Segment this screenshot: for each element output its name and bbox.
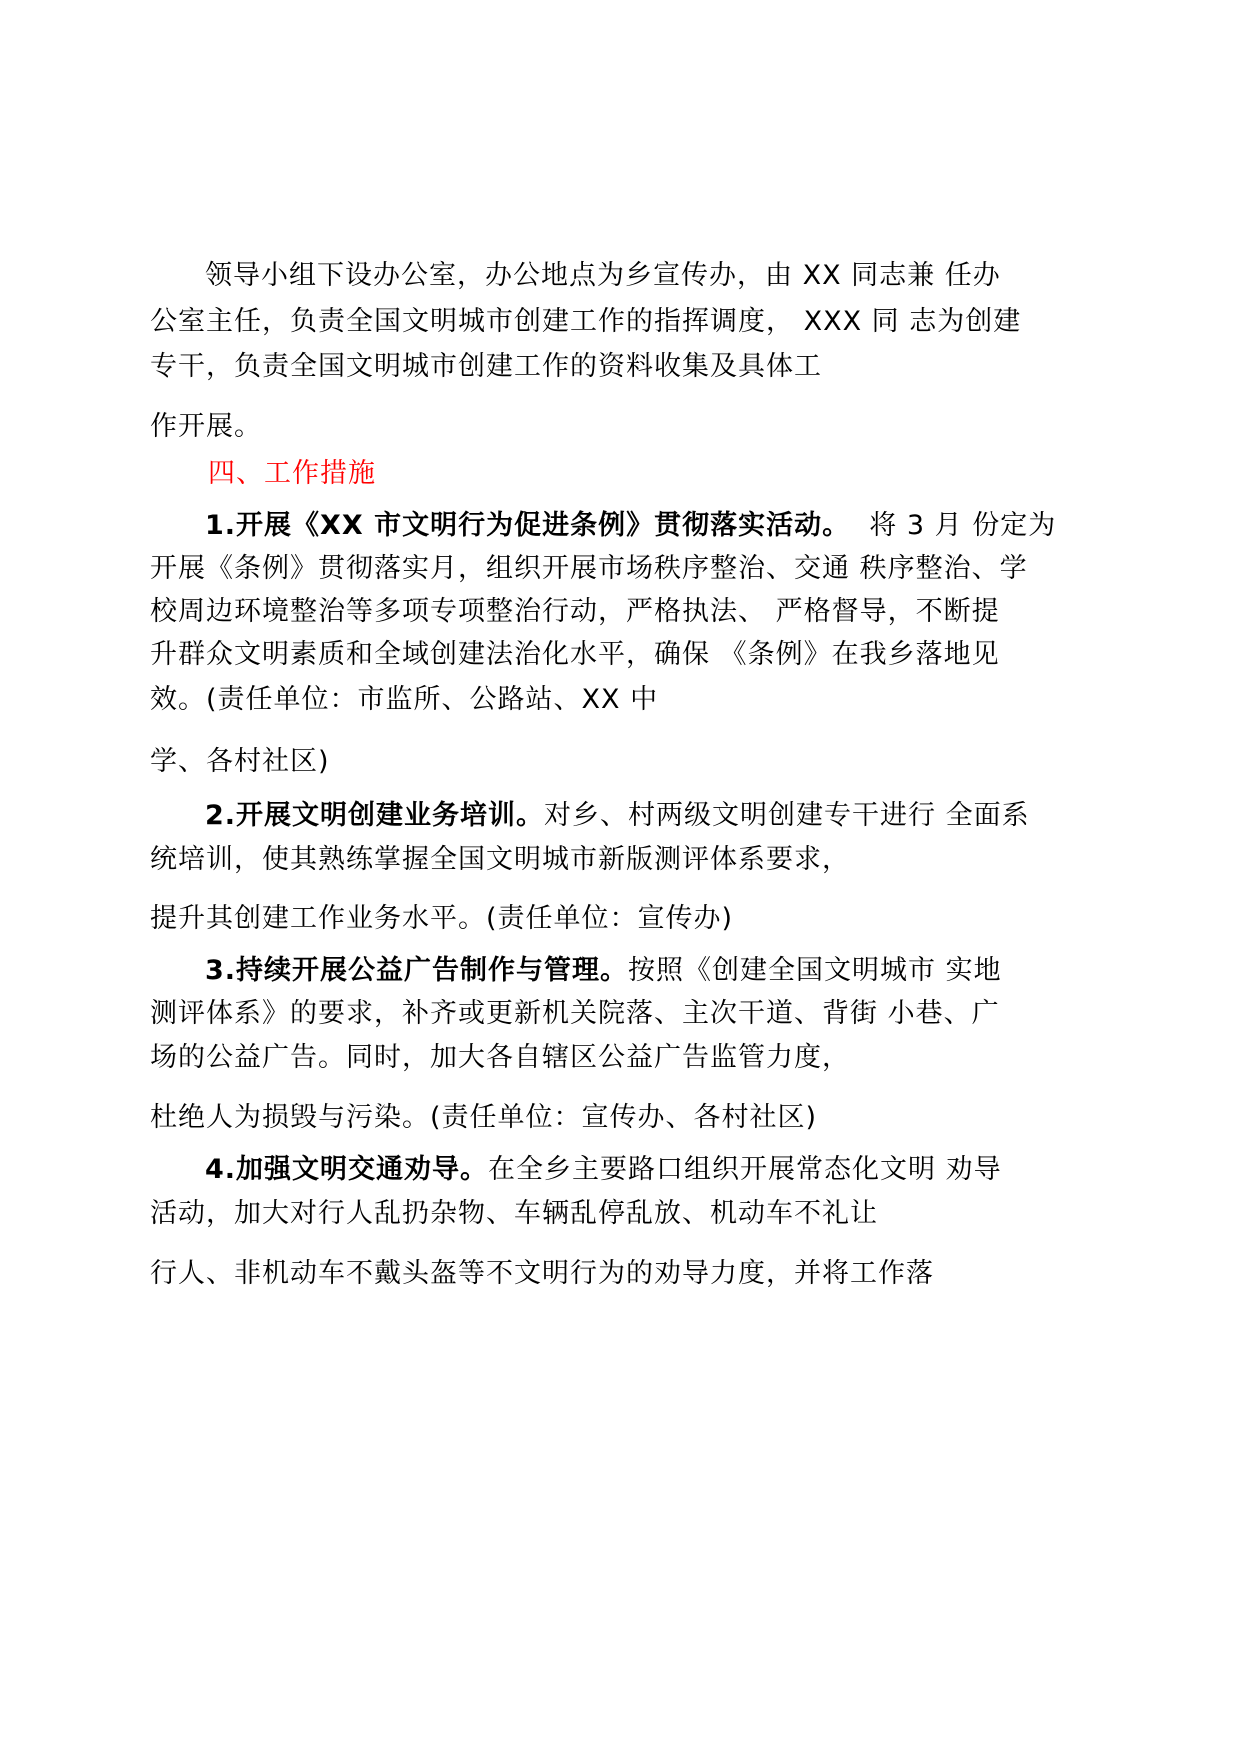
measure-text: 在全乡主要路口组织开展常态化文明 劝导 — [488, 1154, 1002, 1185]
paragraph-line: 杜绝人为损毁与污染。(责任单位：宣传办、各村社区) — [150, 1100, 817, 1136]
paragraph-line: 活动，加大对行人乱扔杂物、车辆乱停乱放、机动车不礼让 — [150, 1196, 878, 1232]
measure-number: 4. — [205, 1154, 236, 1185]
measure-text: 按照《创建全国文明城市 实地 — [628, 955, 1002, 986]
paragraph-line: 学、各村社区) — [150, 744, 330, 780]
measure-4-first-line: 4.加强文明交通劝导。在全乡主要路口组织开展常态化文明 劝导 — [205, 1152, 1002, 1188]
paragraph-line: 专干，负责全国文明城市创建工作的资料收集及具体工 — [150, 349, 822, 385]
measure-title: 加强文明交通劝导。 — [236, 1154, 488, 1185]
measure-title: 开展《XX 市文明行为促进条例》贯彻落实活动。 — [236, 510, 850, 541]
paragraph-line: 效。(责任单位：市监所、公路站、XX 中 — [150, 682, 658, 718]
paragraph-line: 行人、非机动车不戴头盔等不文明行为的劝导力度，并将工作落 — [150, 1256, 934, 1292]
measure-title: 持续开展公益广告制作与管理。 — [236, 955, 628, 986]
paragraph-line: 测评体系》的要求，补齐或更新机关院落、主次干道、背街 小巷、广 — [150, 996, 1000, 1032]
paragraph-line: 提升其创建工作业务水平。(责任单位：宣传办) — [150, 901, 733, 937]
paragraph-line: 统培训，使其熟练掌握全国文明城市新版测评体系要求， — [150, 842, 850, 878]
measure-2-first-line: 2.开展文明创建业务培训。对乡、村两级文明创建专干进行 全面系 — [205, 798, 1030, 834]
measure-number: 2. — [205, 800, 236, 831]
measure-text: 对乡、村两级文明创建专干进行 全面系 — [544, 800, 1030, 831]
paragraph-line: 作开展。 — [150, 409, 262, 445]
section-heading: 四、工作措施 — [208, 456, 376, 492]
measure-number: 3. — [205, 955, 236, 986]
measure-1-first-line: 1.开展《XX 市文明行为促进条例》贯彻落实活动。 将 3 月 份定为 — [205, 508, 1056, 544]
measure-number: 1. — [205, 510, 236, 541]
paragraph-line: 公室主任，负责全国文明城市创建工作的指挥调度， XXX 同 志为创建 — [150, 304, 1021, 340]
paragraph-line: 领导小组下设办公室，办公地点为乡宣传办，由 XX 同志兼 任办 — [205, 258, 1001, 294]
paragraph-line: 场的公益广告。同时，加大各自辖区公益广告监管力度， — [150, 1040, 850, 1076]
measure-title: 开展文明创建业务培训。 — [236, 800, 544, 831]
measure-text: 将 3 月 份定为 — [869, 510, 1056, 541]
paragraph-line: 校周边环境整治等多项专项整治行动，严格执法、 严格督导，不断提 — [150, 594, 1000, 630]
paragraph-line: 开展《条例》贯彻落实月，组织开展市场秩序整治、交通 秩序整治、学 — [150, 551, 1028, 587]
paragraph-line: 升群众文明素质和全域创建法治化水平，确保 《条例》在我乡落地见 — [150, 637, 1000, 673]
measure-3-first-line: 3.持续开展公益广告制作与管理。按照《创建全国文明城市 实地 — [205, 953, 1002, 989]
